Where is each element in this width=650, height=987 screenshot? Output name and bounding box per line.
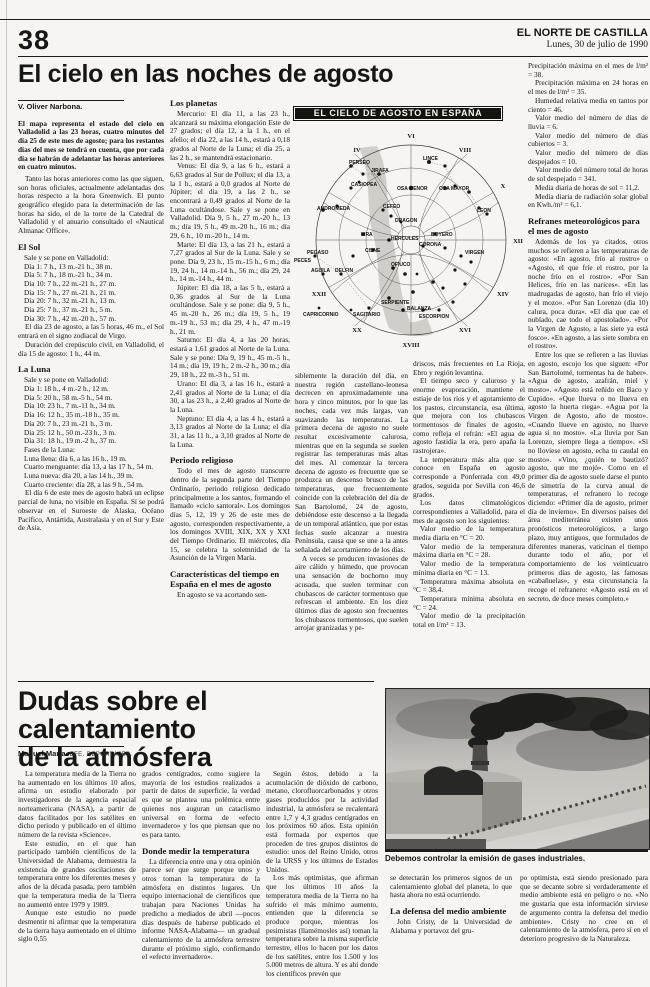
svg-text:VIII: VIII — [459, 147, 472, 154]
masthead-title: EL NORTE DE CASTILLA — [420, 27, 648, 40]
svg-text:DELFIN: DELFIN — [335, 268, 353, 274]
paragraph: Aunque este estudio no puede desmentir n… — [18, 909, 136, 944]
climate-stat: Valor medio de la precipitación total en… — [413, 612, 525, 629]
svg-text:XX: XX — [352, 327, 362, 334]
paragraph: Todo el mes de agosto transcurre dentro … — [170, 467, 290, 563]
svg-text:OSA MAYOR: OSA MAYOR — [439, 186, 470, 192]
svg-text:CORONA: CORONA — [419, 242, 442, 248]
svg-text:OFIUCO: OFIUCO — [391, 262, 411, 268]
section-heading-caracteristicas: Características del tiempo en España en … — [170, 569, 290, 589]
svg-text:JIRAFA: JIRAFA — [371, 168, 389, 174]
paragraph: John Cristy, de la Universidad de Alabam… — [390, 918, 512, 935]
article2-col5: po optimista, está siendo presionado par… — [520, 874, 648, 984]
paragraph-mercurio: Mercurio: El día 11, a las 23 h., alcanz… — [170, 110, 290, 162]
paragraph: La temperatura más alta que se conoce en… — [413, 456, 525, 500]
paragraph: A veces se producen invasiones de aire c… — [295, 555, 408, 633]
svg-text:LINCE: LINCE — [423, 156, 439, 162]
article2-col1: La temperatura media de la Tierra no ha … — [18, 770, 136, 984]
paragraph: Duración del crepúsculo civil, en Vallad… — [18, 341, 164, 358]
paragraph: Tanto las horas anteriores como las que … — [18, 175, 164, 236]
article2-col4: se detectarán los primeros signos de un … — [390, 874, 512, 984]
svg-text:CEFEO: CEFEO — [383, 204, 400, 210]
svg-text:IV: IV — [353, 147, 361, 154]
svg-text:PEGASO: PEGASO — [307, 250, 329, 256]
photo-caption: Debemos controlar la emisión de gases in… — [385, 854, 648, 864]
paragraph: La diferencia entre una y otra opinión p… — [142, 858, 260, 962]
paragraph: po optimista, está siendo presionado par… — [520, 874, 648, 944]
section-heading-luna: La Luna — [18, 364, 164, 374]
climate-stat: Valor medio de la temperatura máxima dia… — [413, 543, 525, 560]
climate-stat: Valor medio del número total de horas de… — [528, 166, 648, 183]
section-heading-refranes: Refranes meteorológicos para el mes de a… — [528, 216, 648, 236]
article1-col5: Precipitación máxima en el mes de l/m² =… — [528, 62, 648, 680]
climate-stat: Valor medio de la temperatura mínima dia… — [413, 560, 525, 577]
article1-col3: siblemente la duración del día, en nuest… — [295, 372, 408, 680]
svg-text:ANDROMEDA: ANDROMEDA — [317, 206, 350, 212]
svg-text:CASIOPEA: CASIOPEA — [351, 182, 378, 188]
svg-text:SAGITARIO: SAGITARIO — [353, 312, 381, 318]
article1-headline: El cielo en las noches de agosto — [18, 61, 518, 88]
climate-stat: Temperatura máxima absoluta en °C = 38,4… — [413, 578, 525, 595]
paragraph-jupiter: Júpiter: El día 18, a las 5 h., estará a… — [170, 284, 290, 336]
section-heading-religioso: Periodo religioso — [170, 455, 290, 465]
lead-paragraph: El mapa representa el estado del cielo e… — [18, 120, 164, 172]
svg-text:HERCULES: HERCULES — [391, 236, 419, 242]
paragraph: En agosto se va acortando sen- — [170, 591, 290, 600]
article1-col4: driscos, más frecuentes en La Rioja, Ebr… — [413, 360, 525, 680]
paragraph: Los datos climatológicos correspondiente… — [413, 499, 525, 525]
svg-text:XVI: XVI — [459, 327, 471, 334]
byline-rule — [18, 746, 124, 747]
svg-text:BALANZA: BALANZA — [407, 306, 432, 312]
paragraph: driscos, más frecuentes en La Rioja, Ebr… — [413, 360, 525, 377]
paragraph-venus: Venus: El día 9, a las 6 h., estará a 6,… — [170, 162, 290, 240]
article2-byline-block: Manuel María. EFE. REPORTAJES. — [18, 746, 168, 766]
svg-text:OSA MENOR: OSA MENOR — [397, 186, 428, 192]
photo-caption-rule — [385, 850, 648, 852]
section-heading-sol: El Sol — [18, 242, 164, 252]
svg-text:BOYERO: BOYERO — [431, 232, 453, 238]
top-rule — [0, 19, 650, 20]
section-heading-donde-medir: Donde medir la temperatura — [142, 846, 260, 856]
scan-edge-line — [6, 0, 7, 987]
paragraph: Este estudio, en el que han participado … — [18, 840, 136, 910]
svg-text:X: X — [501, 183, 506, 190]
masthead-date: Lunes, 30 de julio de 1990 — [420, 40, 648, 51]
section-heading-defensa: La defensa del medio ambiente — [390, 906, 512, 916]
climate-stat: Media diaria de radiación solar global e… — [528, 193, 648, 210]
svg-text:XII: XII — [513, 238, 523, 245]
star-map-title: EL CIELO DE AGOSTO EN ESPAÑA — [293, 106, 503, 121]
paragraph-urano: Urano: El día 3, a las 16 h., estará a 2… — [170, 380, 290, 415]
svg-text:XXII: XXII — [312, 291, 327, 298]
climate-stat: Temperatura mínima absoluta en °C = 24. — [413, 595, 525, 612]
climate-stat: Valor medio de la temperatura media diar… — [413, 525, 525, 542]
paragraph: La temperatura media de la Tierra no ha … — [18, 770, 136, 840]
photo-illustration — [386, 689, 649, 849]
svg-text:VI: VI — [407, 133, 415, 140]
star-map: LINCE PERSEO JIRAFA CASIOPEA OSA MENOR O… — [293, 122, 527, 354]
header-rule — [18, 56, 648, 57]
svg-text:VIRGEN: VIRGEN — [465, 250, 485, 256]
svg-text:AGUILA: AGUILA — [311, 268, 331, 274]
svg-text:ESCORPION: ESCORPION — [419, 314, 449, 320]
article2-byline: Manuel María. EFE. REPORTAJES. — [18, 749, 168, 758]
svg-text:CISNE: CISNE — [365, 248, 381, 254]
paragraph-saturno: Saturno: El día 4, a las 20 horas, estar… — [170, 336, 290, 380]
section-heading-planetas: Los planetas — [170, 98, 290, 108]
svg-text:LEON: LEON — [477, 208, 491, 214]
svg-text:PECES: PECES — [294, 258, 312, 264]
byline-author: Manuel María. — [18, 749, 68, 758]
svg-text:CAPRICORNIO: CAPRICORNIO — [303, 312, 339, 318]
byline-agency: EFE. REPORTAJES. — [70, 752, 133, 758]
paragraph-neptuno: Neptuno: El día 4, a las 4 h., estará a … — [170, 415, 290, 450]
climate-stat: Valor medio del número de días despejado… — [528, 149, 648, 166]
paragraph: El tiempo seco y caluroso y la enorme ev… — [413, 377, 525, 455]
svg-text:PERSEO: PERSEO — [349, 160, 370, 166]
foreground-wall — [386, 839, 486, 849]
article1-col1: V. Oliver Narbona. El mapa representa el… — [18, 100, 164, 680]
paragraph: se detectarán los primeros signos de un … — [390, 874, 512, 900]
paragraph: Entre los que se refieren a las lluvias … — [528, 351, 648, 603]
paragraph: Además de los ya citados, otros muchos s… — [528, 238, 648, 351]
photo-industrial-emissions — [385, 688, 650, 850]
masthead-block: EL NORTE DE CASTILLA Lunes, 30 de julio … — [420, 27, 648, 51]
paragraph: Los más optimistas, que afirman que los … — [266, 874, 378, 978]
svg-text:SERPIENTE: SERPIENTE — [381, 300, 410, 306]
climate-stat: Precipitación máxima en el mes de l/m² =… — [528, 62, 648, 79]
article1-byline: V. Oliver Narbona. — [18, 103, 164, 112]
article2-col2: grados centígrados, como sugiere la mayo… — [142, 770, 260, 984]
article2-col3: Según éstos, debido a la acumulación de … — [266, 770, 378, 984]
svg-text:XVIII: XVIII — [403, 342, 420, 349]
paragraph: Según éstos, debido a la acumulación de … — [266, 770, 378, 874]
svg-text:DRAGON: DRAGON — [395, 218, 418, 224]
paragraph: El día 23 de agosto, a las 5 horas, 46 m… — [18, 323, 164, 340]
paragraph: grados centígrados, como sugiere la mayo… — [142, 770, 260, 840]
chimney-band — [471, 761, 489, 765]
newspaper-page: 38 EL NORTE DE CASTILLA Lunes, 30 de jul… — [0, 0, 650, 987]
page-number: 38 — [18, 25, 50, 56]
byline-rule — [18, 100, 124, 101]
paragraph: siblemente la duración del día, en nuest… — [295, 372, 408, 555]
article-divider-rule — [18, 681, 374, 682]
climate-stat: Valor medio del número de días de lluvia… — [528, 114, 648, 131]
paragraph: El día 6 de este mes de agosto habrá un … — [18, 489, 164, 533]
svg-text:XIV: XIV — [497, 291, 509, 298]
climate-stat: Precipitación máxima en 24 horas en el m… — [528, 79, 648, 96]
article1-col2: Los planetas Mercurio: El día 11, a las … — [170, 98, 290, 680]
paragraph-marte: Marte: El día 13, a las 21 h., estará a … — [170, 241, 290, 285]
climate-stat: Valor medio del número de días cubiertos… — [528, 132, 648, 149]
article2-headline-line1: Dudas sobre el calentamiento — [18, 687, 388, 743]
svg-text:LIRA: LIRA — [361, 232, 373, 238]
star-map-svg: LINCE PERSEO JIRAFA CASIOPEA OSA MENOR O… — [293, 122, 527, 354]
climate-stat: Humedad relativa media en tantos por cie… — [528, 97, 648, 114]
